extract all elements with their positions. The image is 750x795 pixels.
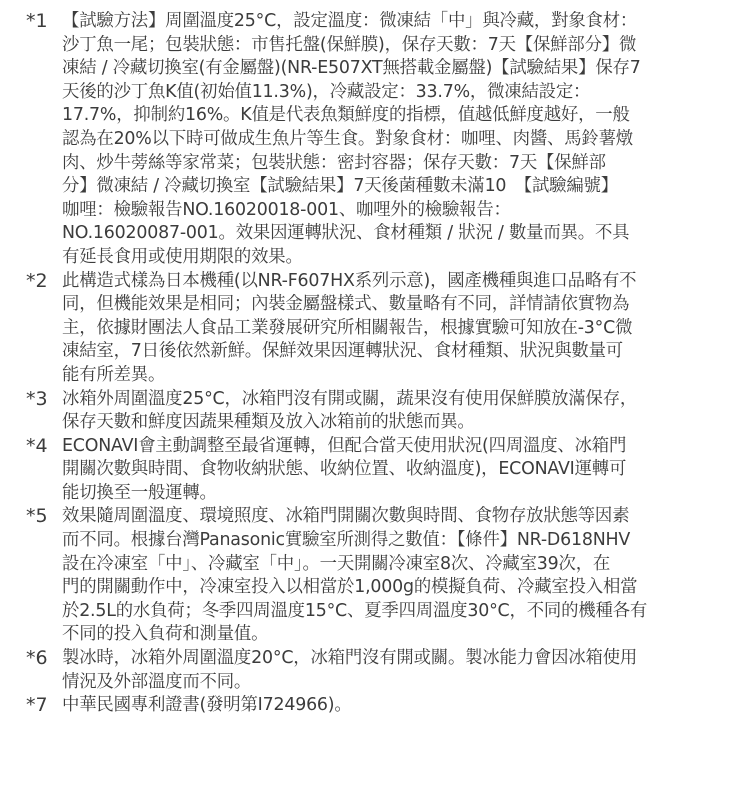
footnote-line: 17.7%，抑制約16%。K值是代表魚類鮮度的指標，值越低鮮度越好，一般 [62, 104, 716, 128]
footnote-2: *2 此構造式樣為日本機種(以NR-F607HX系列示意)，國產機種與進口品略有… [0, 270, 750, 388]
footnote-line: 門的開關動作中，冷凍室投入以相當於1,000g的模擬負荷、冷藏室投入相當 [62, 576, 716, 600]
footnote-3: *3 冰箱外周圍溫度25°C，冰箱門沒有開或關，蔬果沒有使用保鮮膜放滿保存， 保… [0, 388, 750, 435]
footnote-line: 凍結室，7日後依然新鮮。保鮮效果因運轉狀況、食材種類、狀況與數量可 [62, 340, 716, 364]
footnote-line: 開關次數與時間、食物收納狀態、收納位置、收納溫度)，ECONAVI運轉可 [62, 458, 716, 482]
footnote-marker: *6 [0, 647, 62, 671]
footnote-line: 同，但機能效果是相同；內裝金屬盤樣式、數量略有不同，詳情請依實物為 [62, 293, 716, 317]
footnote-line: 沙丁魚一尾；包裝狀態：市售托盤(保鮮膜)，保存天數：7天【保鮮部分】微 [62, 34, 716, 58]
footnote-line: 凍結 / 冷藏切換室(有金屬盤)(NR-E507XT無搭載金屬盤)【試驗結果】保… [62, 57, 716, 81]
footnote-text: 效果隨周圍溫度、環境照度、冰箱門開關次數與時間、食物存放狀態等因素 而不同。根據… [62, 505, 716, 647]
footnote-marker: *4 [0, 435, 62, 459]
footnote-4: *4 ECONAVI會主動調整至最省運轉，但配合當天使用狀況(四周溫度、冰箱門 … [0, 435, 750, 506]
footnote-line: 情況及外部溫度而不同。 [62, 671, 716, 695]
footnote-line: ECONAVI會主動調整至最省運轉，但配合當天使用狀況(四周溫度、冰箱門 [62, 435, 716, 459]
footnote-text: 冰箱外周圍溫度25°C，冰箱門沒有開或關，蔬果沒有使用保鮮膜放滿保存， 保存天數… [62, 388, 716, 435]
footnote-line: 肉、炒牛蒡絲等家常菜；包裝狀態：密封容器；保存天數：7天【保鮮部 [62, 152, 716, 176]
footnote-text: ECONAVI會主動調整至最省運轉，但配合當天使用狀況(四周溫度、冰箱門 開關次… [62, 435, 716, 506]
footnote-line: 分】微凍結 / 冷藏切換室【試驗結果】7天後菌種數未滿10 【試驗編號】 [62, 175, 716, 199]
footnote-line: 冰箱外周圍溫度25°C，冰箱門沒有開或關，蔬果沒有使用保鮮膜放滿保存， [62, 388, 716, 412]
footnote-5: *5 效果隨周圍溫度、環境照度、冰箱門開關次數與時間、食物存放狀態等因素 而不同… [0, 505, 750, 647]
footnote-text: 此構造式樣為日本機種(以NR-F607HX系列示意)，國產機種與進口品略有不 同… [62, 270, 716, 388]
footnote-line: 有延長食用或使用期限的效果。 [62, 246, 716, 270]
footnote-line: 於2.5L的水負荷；冬季四周溫度15°C、夏季四周溫度30°C，不同的機種各有 [62, 600, 716, 624]
footnote-6: *6 製冰時，冰箱外周圍溫度20°C，冰箱門沒有開或關。製冰能力會因冰箱使用 情… [0, 647, 750, 694]
footnote-line: 保存天數和鮮度因蔬果種類及放入冰箱前的狀態而異。 [62, 411, 716, 435]
footnote-line: 而不同。根據台灣Panasonic實驗室所測得之數值：【條件】NR-D618NH… [62, 529, 716, 553]
footnote-marker: *2 [0, 270, 62, 294]
footnote-7: *7 中華民國專利證書(發明第I724966)。 [0, 694, 750, 718]
footnote-line: 能有所差異。 [62, 364, 716, 388]
footnote-marker: *3 [0, 388, 62, 412]
footnote-line: 不同的投入負荷和測量值。 [62, 623, 716, 647]
footnote-line: 主，依據財團法人食品工業發展研究所相關報告，根據實驗可知放在-3°C微 [62, 317, 716, 341]
footnote-line: 能切換至一般運轉。 [62, 482, 716, 506]
footnote-marker: *7 [0, 694, 62, 718]
footnote-line: 【試驗方法】周圍溫度25°C，設定溫度：微凍結「中」與冷藏，對象食材： [62, 10, 716, 34]
footnote-text: 製冰時，冰箱外周圍溫度20°C，冰箱門沒有開或關。製冰能力會因冰箱使用 情況及外… [62, 647, 716, 694]
footnote-line: 中華民國專利證書(發明第I724966)。 [62, 694, 716, 718]
footnotes-list: *1 【試驗方法】周圍溫度25°C，設定溫度：微凍結「中」與冷藏，對象食材： 沙… [0, 10, 750, 718]
footnote-line: 製冰時，冰箱外周圍溫度20°C，冰箱門沒有開或關。製冰能力會因冰箱使用 [62, 647, 716, 671]
footnote-line: 認為在20%以下時可做成生魚片等生食。對象食材：咖哩、肉醬、馬鈴薯燉 [62, 128, 716, 152]
footnote-text: 【試驗方法】周圍溫度25°C，設定溫度：微凍結「中」與冷藏，對象食材： 沙丁魚一… [62, 10, 716, 270]
footnote-line: NO.16020087-001。效果因運轉狀況、食材種類 / 狀況 / 數量而異… [62, 222, 716, 246]
footnote-marker: *1 [0, 10, 62, 34]
footnote-line: 效果隨周圍溫度、環境照度、冰箱門開關次數與時間、食物存放狀態等因素 [62, 505, 716, 529]
footnote-line: 此構造式樣為日本機種(以NR-F607HX系列示意)，國產機種與進口品略有不 [62, 270, 716, 294]
footnote-line: 設在冷凍室「中」、冷藏室「中」。一天開關冷凍室8次、冷藏室39次，在 [62, 553, 716, 577]
footnote-line: 咖哩：檢驗報告NO.16020018-001、咖哩外的檢驗報告： [62, 199, 716, 223]
footnote-1: *1 【試驗方法】周圍溫度25°C，設定溫度：微凍結「中」與冷藏，對象食材： 沙… [0, 10, 750, 270]
footnote-marker: *5 [0, 505, 62, 529]
footnote-text: 中華民國專利證書(發明第I724966)。 [62, 694, 716, 718]
footnote-line: 天後的沙丁魚K值(初始值11.3%)，冷藏設定：33.7%，微凍結設定： [62, 81, 716, 105]
